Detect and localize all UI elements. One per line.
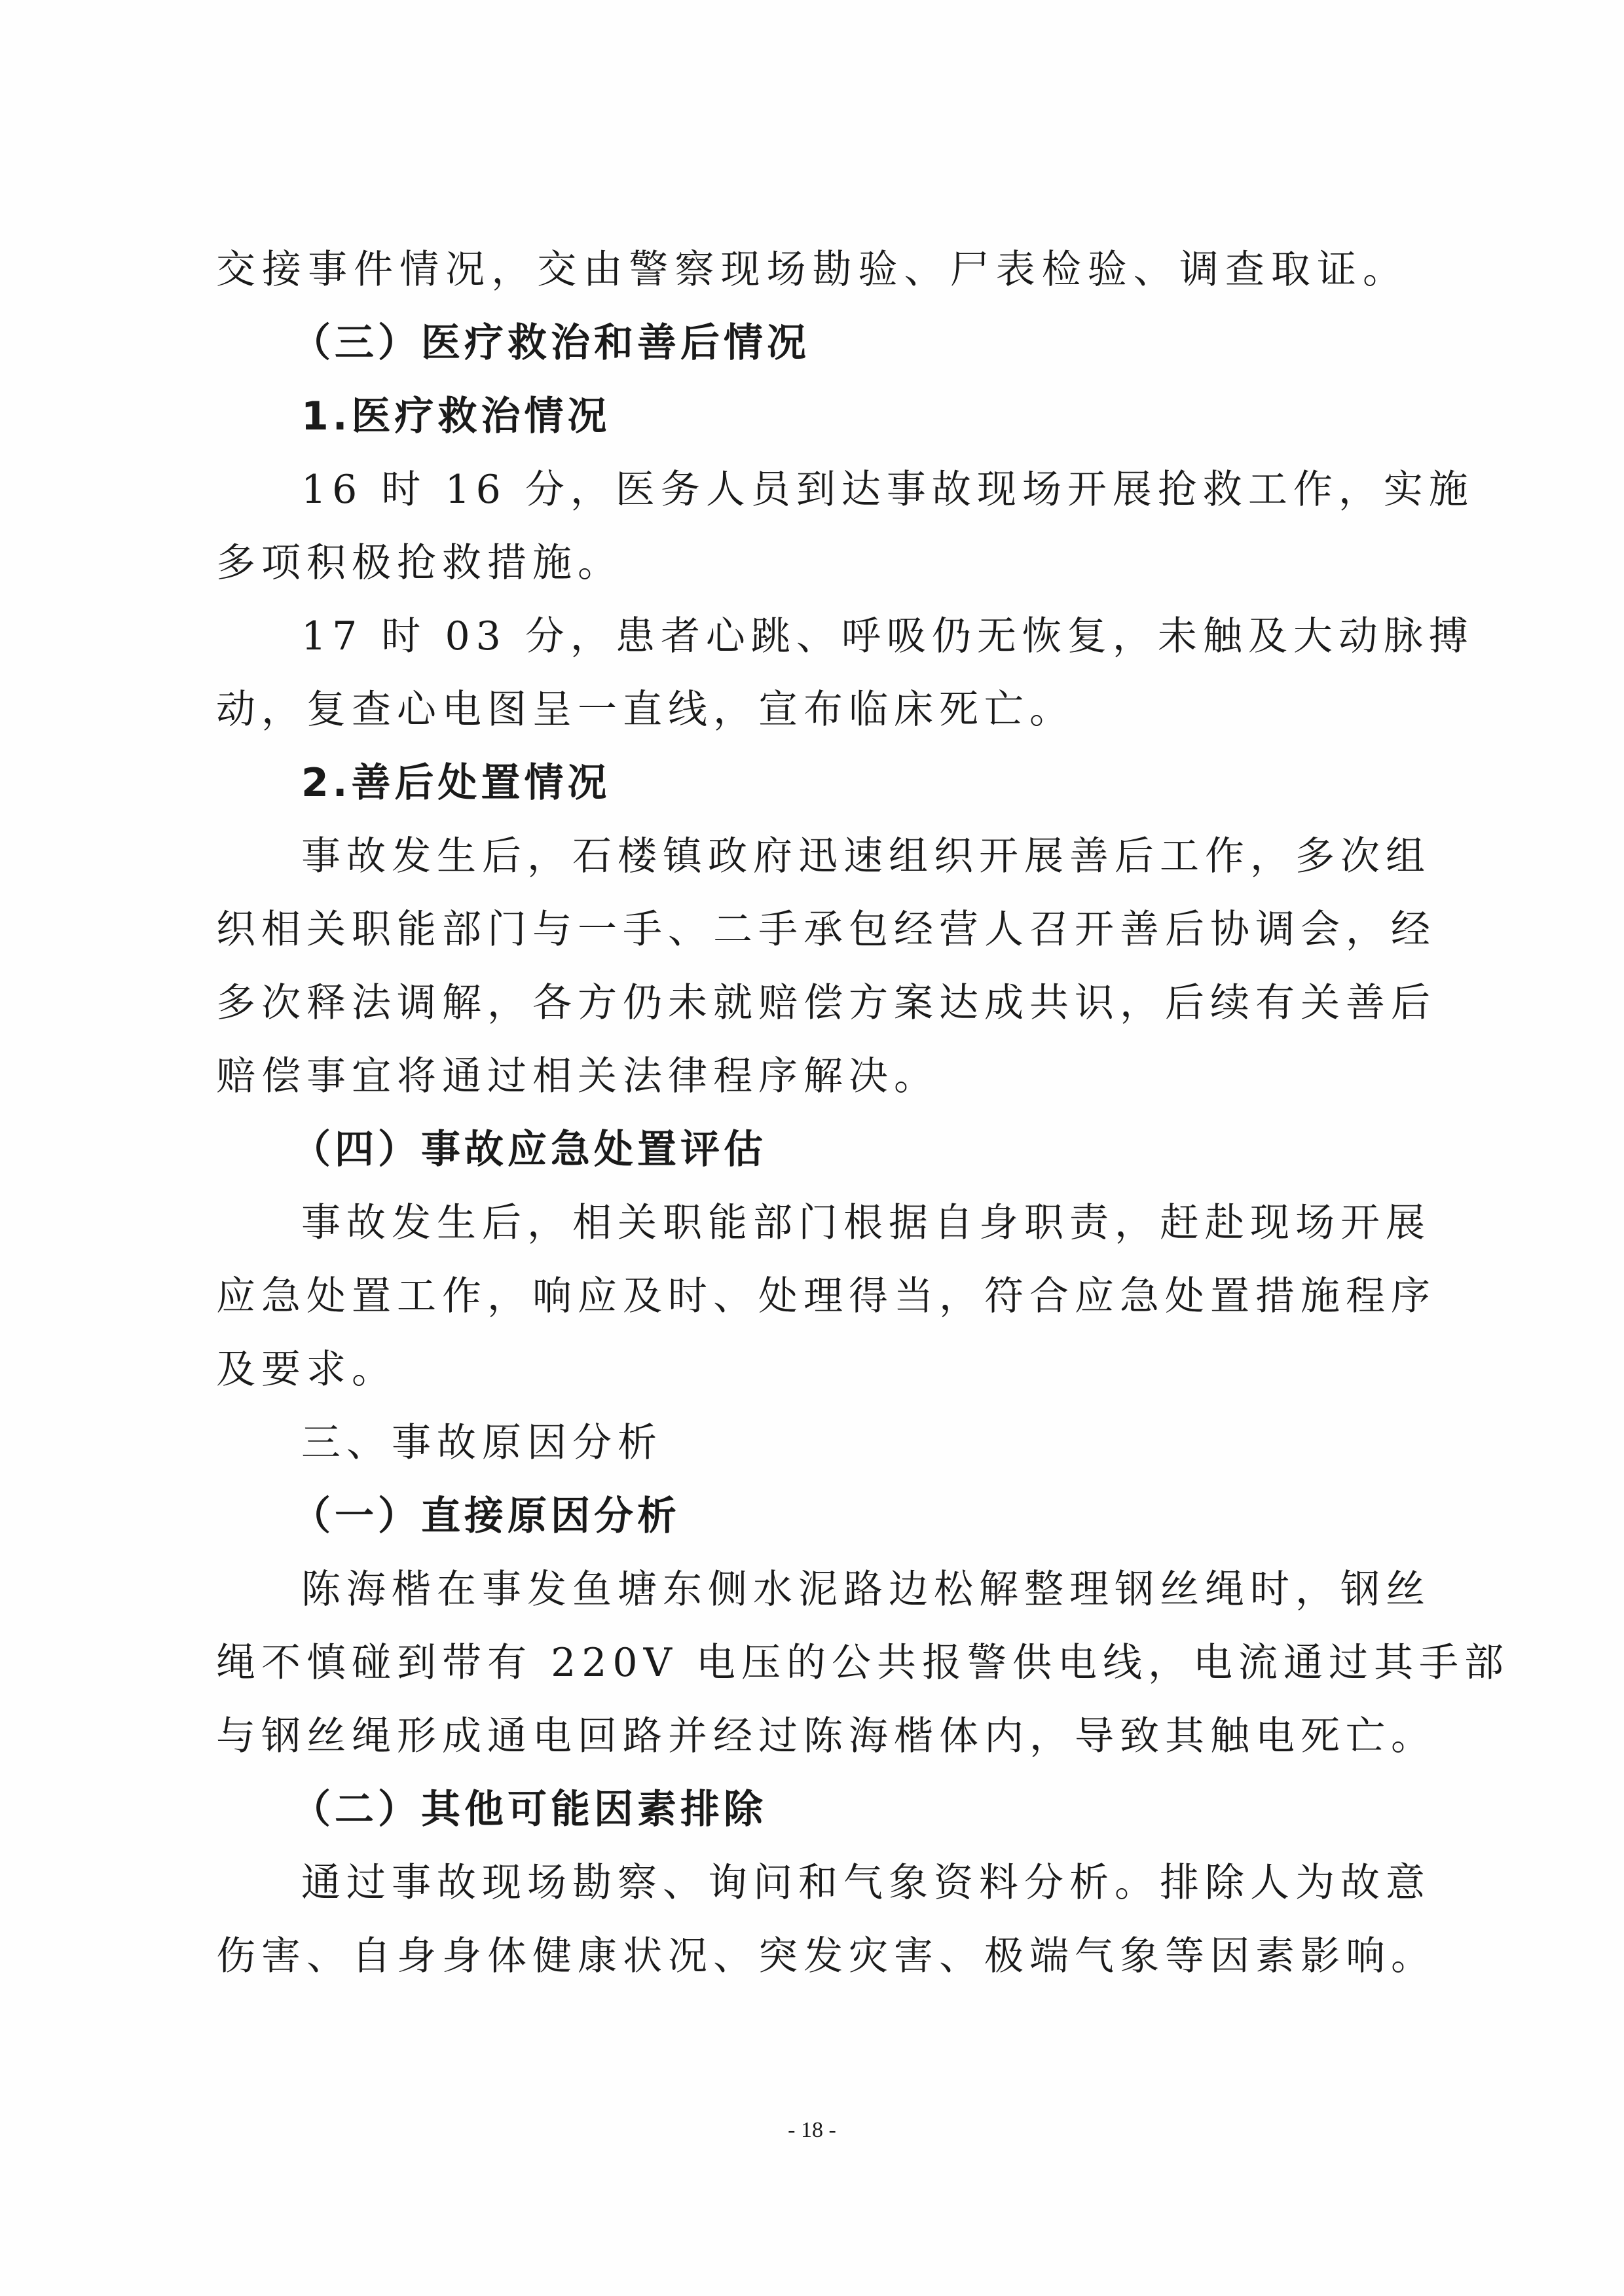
subheading-other-factors: （二）其他可能因素排除	[291, 1783, 1483, 1836]
body-line: 陈海楷在事发鱼塘东侧水泥路边松解整理钢丝绳时，钢丝	[301, 1563, 1408, 1616]
subsubheading-medical: 1.医疗救治情况	[301, 390, 1493, 443]
body-line: 与钢丝绳形成通电回路并经过陈海楷体内，导致其触电死亡。	[216, 1710, 1408, 1762]
subheading-direct-cause: （一）直接原因分析	[291, 1490, 1483, 1542]
body-line: 16 时 16 分，医务人员到达事故现场开展抢救工作，实施	[301, 464, 1408, 516]
document-page: 交接事件情况，交由警察现场勘验、尸表检验、调查取证。 （三）医疗救治和善后情况 …	[0, 0, 1624, 2296]
section-heading-cause-analysis: 三、事故原因分析	[301, 1417, 1493, 1469]
body-line: 多项积极抢救措施。	[216, 537, 1408, 589]
body-line: 绳不慎碰到带有 220V 电压的公共报警供电线，电流通过其手部	[216, 1637, 1408, 1689]
body-line: 交接事件情况，交由警察现场勘验、尸表检验、调查取证。	[216, 244, 1408, 296]
body-line: 织相关职能部门与一手、二手承包经营人召开善后协调会，经	[216, 903, 1408, 956]
body-line: 17 时 03 分，患者心跳、呼吸仍无恢复，未触及大动脉搏	[301, 610, 1408, 663]
body-line: 事故发生后，石楼镇政府迅速组织开展善后工作，多次组	[301, 830, 1408, 883]
body-line: 及要求。	[216, 1343, 1408, 1396]
body-line: 伤害、自身身体健康状况、突发灾害、极端气象等因素影响。	[216, 1930, 1408, 1982]
body-line: 通过事故现场勘察、询问和气象资料分析。排除人为故意	[301, 1857, 1408, 1909]
subsubheading-aftermath: 2.善后处置情况	[301, 757, 1493, 809]
page-number: - 18 -	[0, 2118, 1624, 2143]
body-line: 动，复查心电图呈一直线，宣布临床死亡。	[216, 683, 1408, 736]
subheading-emergency-evaluation: （四）事故应急处置评估	[291, 1123, 1483, 1176]
body-line: 多次释法调解，各方仍未就赔偿方案达成共识，后续有关善后	[216, 977, 1408, 1029]
body-line: 事故发生后，相关职能部门根据自身职责，赶赴现场开展	[301, 1197, 1408, 1249]
subheading-medical-aftermath: （三）医疗救治和善后情况	[291, 317, 1483, 369]
body-line: 应急处置工作，响应及时、处理得当，符合应急处置措施程序	[216, 1270, 1408, 1322]
body-line: 赔偿事宜将通过相关法律程序解决。	[216, 1050, 1408, 1102]
